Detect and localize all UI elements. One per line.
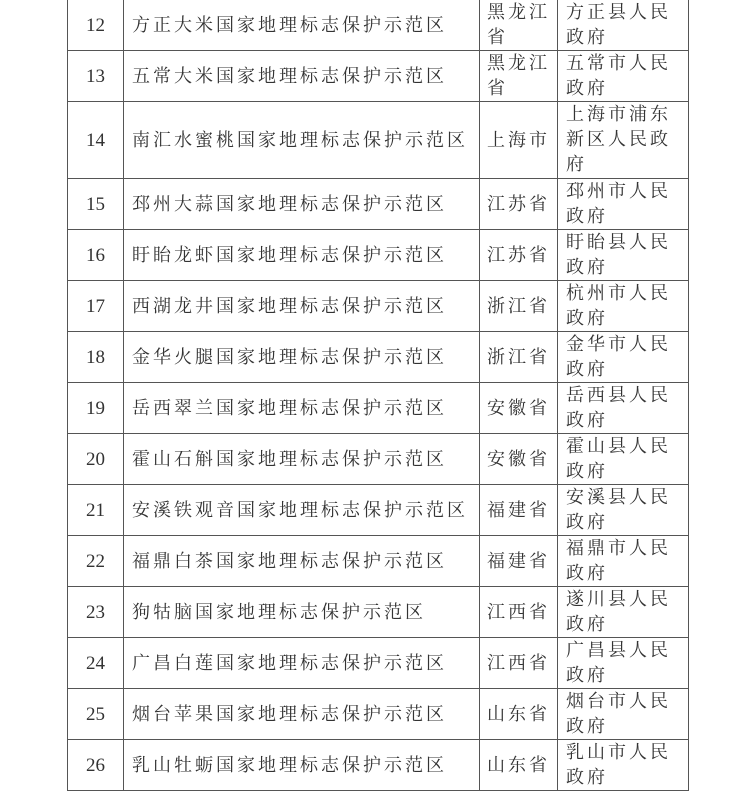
government: 乳山市人民政府 bbox=[558, 740, 689, 791]
province-text: 福建省 bbox=[487, 549, 553, 574]
government-text: 广昌县人民政府 bbox=[566, 638, 678, 688]
province: 黑龙江省 bbox=[480, 51, 558, 102]
province: 福建省 bbox=[480, 485, 558, 536]
table-row: 14 南汇水蜜桃国家地理标志保护示范区 上海市 上海市浦东新区人民政府 bbox=[68, 102, 689, 179]
table-row: 20 霍山石斛国家地理标志保护示范区 安徽省 霍山县人民政府 bbox=[68, 434, 689, 485]
zone-name: 霍山石斛国家地理标志保护示范区 bbox=[124, 434, 480, 485]
province: 浙江省 bbox=[480, 281, 558, 332]
government: 金华市人民政府 bbox=[558, 332, 689, 383]
province: 江苏省 bbox=[480, 230, 558, 281]
government: 福鼎市人民政府 bbox=[558, 536, 689, 587]
table-row: 16 盱眙龙虾国家地理标志保护示范区 江苏省 盱眙县人民政府 bbox=[68, 230, 689, 281]
demo-zone-table: 12 方正大米国家地理标志保护示范区 黑龙江省 方正县人民政府 13 五常大米国… bbox=[67, 0, 689, 791]
province-text: 江西省 bbox=[487, 600, 553, 625]
row-number: 24 bbox=[68, 638, 124, 689]
zone-name: 邳州大蒜国家地理标志保护示范区 bbox=[124, 179, 480, 230]
province-text: 山东省 bbox=[487, 702, 553, 727]
row-number: 23 bbox=[68, 587, 124, 638]
province-text: 黑龙江省 bbox=[487, 0, 553, 50]
province: 江西省 bbox=[480, 638, 558, 689]
table-row: 21 安溪铁观音国家地理标志保护示范区 福建省 安溪县人民政府 bbox=[68, 485, 689, 536]
table-row: 17 西湖龙井国家地理标志保护示范区 浙江省 杭州市人民政府 bbox=[68, 281, 689, 332]
government-text: 岳西县人民政府 bbox=[566, 383, 678, 433]
government-text: 遂川县人民政府 bbox=[566, 587, 678, 637]
province: 福建省 bbox=[480, 536, 558, 587]
province-text: 上海市 bbox=[487, 128, 553, 153]
table-row: 24 广昌白莲国家地理标志保护示范区 江西省 广昌县人民政府 bbox=[68, 638, 689, 689]
province: 山东省 bbox=[480, 689, 558, 740]
government-text: 乳山市人民政府 bbox=[566, 740, 678, 790]
province-text: 安徽省 bbox=[487, 396, 553, 421]
demo-zone-table-wrapper: 12 方正大米国家地理标志保护示范区 黑龙江省 方正县人民政府 13 五常大米国… bbox=[67, 0, 689, 791]
government: 霍山县人民政府 bbox=[558, 434, 689, 485]
province-text: 浙江省 bbox=[487, 345, 553, 370]
zone-name: 广昌白莲国家地理标志保护示范区 bbox=[124, 638, 480, 689]
zone-name: 方正大米国家地理标志保护示范区 bbox=[124, 0, 480, 51]
province: 上海市 bbox=[480, 102, 558, 179]
government-text: 烟台市人民政府 bbox=[566, 689, 678, 739]
row-number: 13 bbox=[68, 51, 124, 102]
government-text: 邳州市人民政府 bbox=[566, 179, 678, 229]
province: 黑龙江省 bbox=[480, 0, 558, 51]
row-number: 16 bbox=[68, 230, 124, 281]
province-text: 江西省 bbox=[487, 651, 553, 676]
province: 江西省 bbox=[480, 587, 558, 638]
row-number: 26 bbox=[68, 740, 124, 791]
government: 盱眙县人民政府 bbox=[558, 230, 689, 281]
table-row: 15 邳州大蒜国家地理标志保护示范区 江苏省 邳州市人民政府 bbox=[68, 179, 689, 230]
table-row: 26 乳山牡蛎国家地理标志保护示范区 山东省 乳山市人民政府 bbox=[68, 740, 689, 791]
government-text: 五常市人民政府 bbox=[566, 51, 678, 101]
government: 岳西县人民政府 bbox=[558, 383, 689, 434]
government: 上海市浦东新区人民政府 bbox=[558, 102, 689, 179]
row-number: 17 bbox=[68, 281, 124, 332]
government: 烟台市人民政府 bbox=[558, 689, 689, 740]
government: 方正县人民政府 bbox=[558, 0, 689, 51]
government: 安溪县人民政府 bbox=[558, 485, 689, 536]
row-number: 19 bbox=[68, 383, 124, 434]
province: 浙江省 bbox=[480, 332, 558, 383]
row-number: 15 bbox=[68, 179, 124, 230]
table-row: 23 狗牯脑国家地理标志保护示范区 江西省 遂川县人民政府 bbox=[68, 587, 689, 638]
table-row: 25 烟台苹果国家地理标志保护示范区 山东省 烟台市人民政府 bbox=[68, 689, 689, 740]
table-row: 12 方正大米国家地理标志保护示范区 黑龙江省 方正县人民政府 bbox=[68, 0, 689, 51]
row-number: 25 bbox=[68, 689, 124, 740]
zone-name: 五常大米国家地理标志保护示范区 bbox=[124, 51, 480, 102]
zone-name: 烟台苹果国家地理标志保护示范区 bbox=[124, 689, 480, 740]
zone-name: 狗牯脑国家地理标志保护示范区 bbox=[124, 587, 480, 638]
row-number: 20 bbox=[68, 434, 124, 485]
row-number: 18 bbox=[68, 332, 124, 383]
zone-name: 福鼎白茶国家地理标志保护示范区 bbox=[124, 536, 480, 587]
row-number: 21 bbox=[68, 485, 124, 536]
table-row: 13 五常大米国家地理标志保护示范区 黑龙江省 五常市人民政府 bbox=[68, 51, 689, 102]
government: 杭州市人民政府 bbox=[558, 281, 689, 332]
government: 遂川县人民政府 bbox=[558, 587, 689, 638]
table-row: 22 福鼎白茶国家地理标志保护示范区 福建省 福鼎市人民政府 bbox=[68, 536, 689, 587]
zone-name: 盱眙龙虾国家地理标志保护示范区 bbox=[124, 230, 480, 281]
table-row: 18 金华火腿国家地理标志保护示范区 浙江省 金华市人民政府 bbox=[68, 332, 689, 383]
province: 安徽省 bbox=[480, 383, 558, 434]
province: 山东省 bbox=[480, 740, 558, 791]
province-text: 浙江省 bbox=[487, 294, 553, 319]
zone-name: 金华火腿国家地理标志保护示范区 bbox=[124, 332, 480, 383]
zone-name: 岳西翠兰国家地理标志保护示范区 bbox=[124, 383, 480, 434]
province: 安徽省 bbox=[480, 434, 558, 485]
row-number: 12 bbox=[68, 0, 124, 51]
province-text: 安徽省 bbox=[487, 447, 553, 472]
zone-name: 安溪铁观音国家地理标志保护示范区 bbox=[124, 485, 480, 536]
zone-name: 西湖龙井国家地理标志保护示范区 bbox=[124, 281, 480, 332]
zone-name: 乳山牡蛎国家地理标志保护示范区 bbox=[124, 740, 480, 791]
province-text: 山东省 bbox=[487, 753, 553, 778]
government: 邳州市人民政府 bbox=[558, 179, 689, 230]
row-number: 22 bbox=[68, 536, 124, 587]
row-number: 14 bbox=[68, 102, 124, 179]
government: 五常市人民政府 bbox=[558, 51, 689, 102]
government-text: 盱眙县人民政府 bbox=[566, 230, 678, 280]
government-text: 上海市浦东新区人民政府 bbox=[566, 102, 678, 177]
zone-name: 南汇水蜜桃国家地理标志保护示范区 bbox=[124, 102, 480, 179]
province-text: 江苏省 bbox=[487, 192, 553, 217]
province-text: 福建省 bbox=[487, 498, 553, 523]
province-text: 江苏省 bbox=[487, 243, 553, 268]
government-text: 霍山县人民政府 bbox=[566, 434, 678, 484]
table-row: 19 岳西翠兰国家地理标志保护示范区 安徽省 岳西县人民政府 bbox=[68, 383, 689, 434]
province-text: 黑龙江省 bbox=[487, 51, 553, 101]
government-text: 金华市人民政府 bbox=[566, 332, 678, 382]
province: 江苏省 bbox=[480, 179, 558, 230]
government-text: 杭州市人民政府 bbox=[566, 281, 678, 331]
government-text: 福鼎市人民政府 bbox=[566, 536, 678, 586]
government-text: 方正县人民政府 bbox=[566, 0, 678, 50]
government: 广昌县人民政府 bbox=[558, 638, 689, 689]
government-text: 安溪县人民政府 bbox=[566, 485, 678, 535]
